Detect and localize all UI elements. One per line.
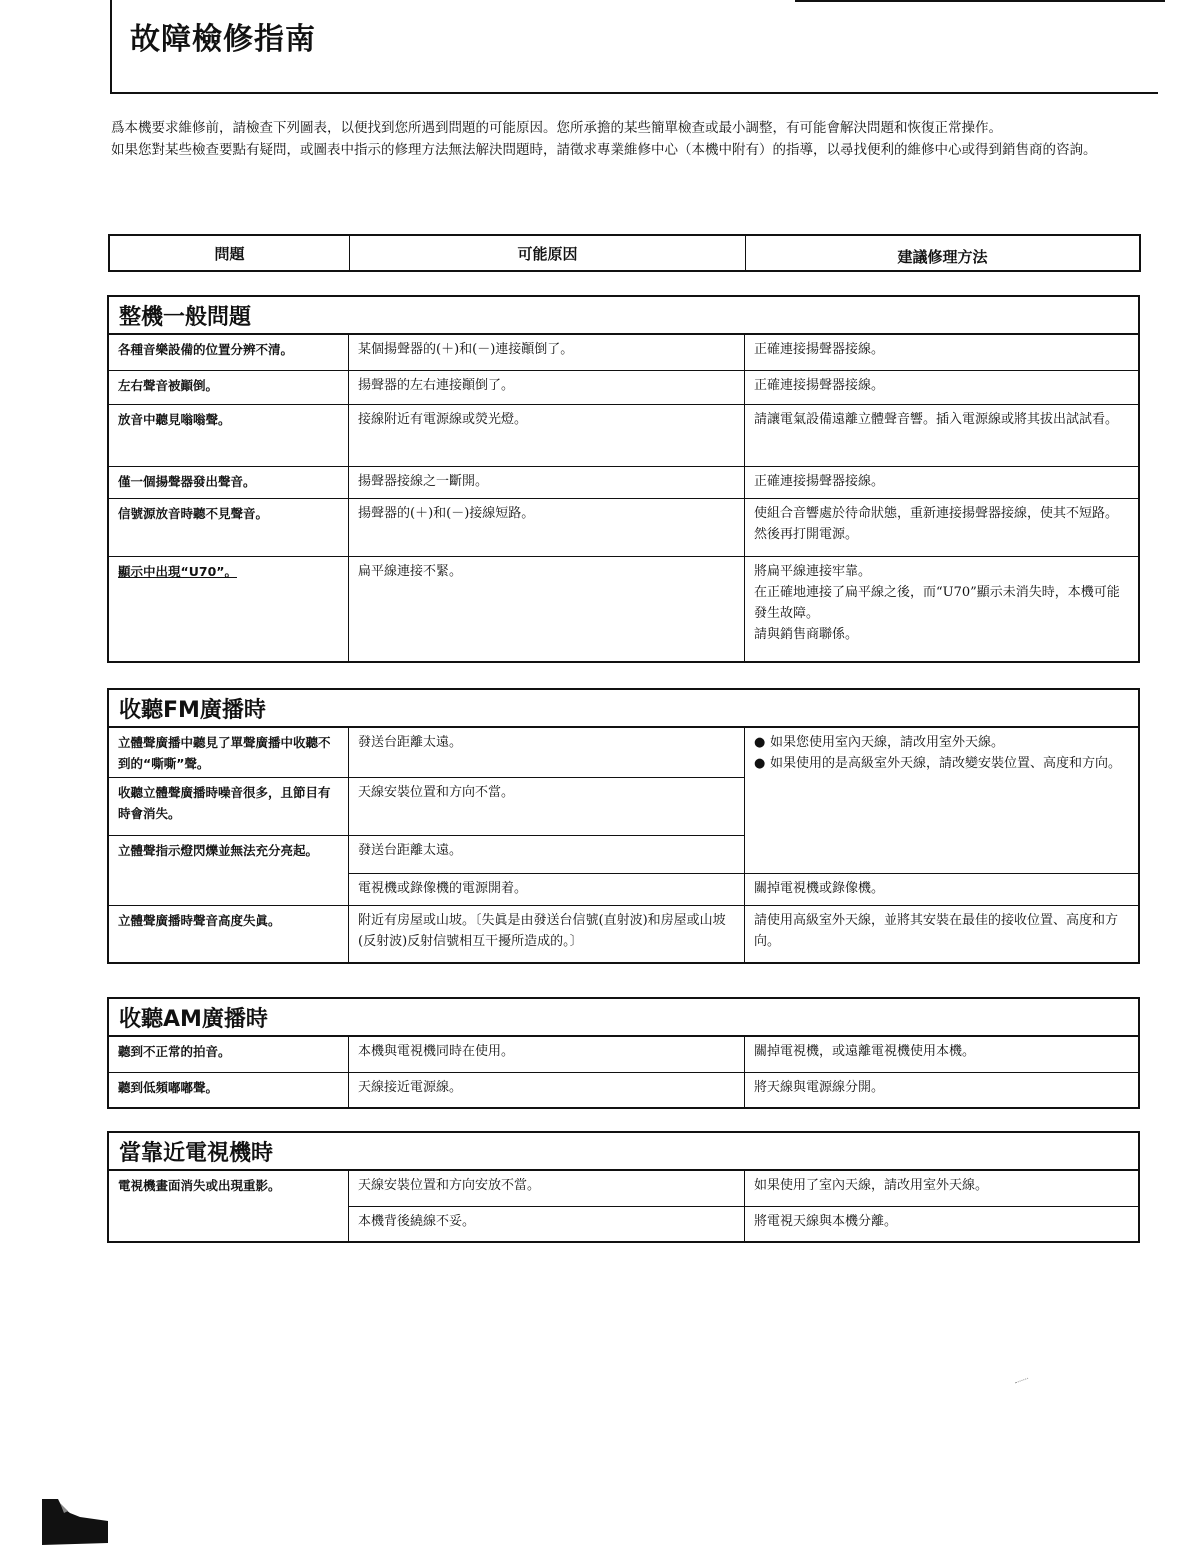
- fix-bullet-text: 如果您使用室內天線，請改用室外天線。: [770, 732, 1004, 753]
- problem-cell: 立體聲廣播時聲音高度失眞。: [109, 906, 349, 962]
- fix-cell: 如果使用了室內天線，請改用室外天線。: [745, 1171, 1138, 1207]
- cause-cell: 本機與電視機同時在使用。: [349, 1037, 745, 1073]
- fix-cell-shared: ● 如果您使用室內天線，請改用室外天線。 ● 如果使用的是高級室外天線，請改變安…: [745, 728, 1138, 874]
- section-title: 當靠近電視機時: [109, 1133, 1138, 1171]
- fix-cell: 將電視天線與本機分離。: [745, 1207, 1138, 1241]
- cause-cell: 天線安裝位置和方向不當。: [349, 778, 745, 836]
- problem-cell: 僅一個揚聲器發出聲音。: [109, 467, 349, 499]
- cause-cell: 發送台距離太遠。: [349, 836, 745, 874]
- fix-cell: 正確連接揚聲器接線。: [745, 335, 1138, 371]
- table-header: 問題 可能原因 建議修理方法: [108, 234, 1141, 272]
- section-title: 整機一般問題: [109, 297, 1138, 335]
- scan-speck: [1015, 1378, 1030, 1387]
- problem-cell: 立體聲指示燈閃爍並無法充分亮起。: [109, 836, 349, 906]
- page-corner-mark-icon: [40, 1497, 110, 1547]
- fix-bullet: ● 如果使用的是高級室外天線，請改變安裝位置、高度和方向。: [754, 753, 1129, 774]
- problem-cell: 信號源放音時聽不見聲音。: [109, 499, 349, 557]
- fix-cell: 請使用高級室外天線，並將其安裝在最佳的接收位置、高度和方向。: [745, 906, 1138, 962]
- cause-cell: 揚聲器的左右連接顚倒了。: [349, 371, 745, 405]
- fix-cell: 正確連接揚聲器接線。: [745, 371, 1138, 405]
- problem-cell: 各種音樂設備的位置分辨不清。: [109, 335, 349, 371]
- header-cause: 可能原因: [350, 236, 746, 270]
- intro-paragraph-2: 如果您對某些檢查要點有疑問，或圖表中指示的修理方法無法解決問題時，請徵求專業維修…: [111, 139, 1146, 161]
- intro-text: 爲本機要求維修前，請檢查下列圖表，以便找到您所遇到問題的可能原因。您所承擔的某些…: [111, 117, 1146, 161]
- problem-cell: 電視機畫面消失或出現重影。: [109, 1171, 349, 1241]
- problem-cell: 左右聲音被顚倒。: [109, 371, 349, 405]
- problem-cell: 收聽立體聲廣播時噪音很多，且節目有時會消失。: [109, 778, 349, 836]
- section-title: 收聽FM廣播時: [109, 690, 1138, 728]
- cause-cell: 接線附近有電源線或熒光燈。: [349, 405, 745, 467]
- problem-text: 顯示中出現“U70”。: [118, 564, 237, 579]
- section-title: 收聽AM廣播時: [109, 999, 1138, 1037]
- fix-cell: 將扁平線連接牢靠。 在正確地連接了扁平線之後，而“U70”顯示未消失時，本機可能…: [745, 557, 1138, 661]
- cause-cell: 揚聲器的(＋)和(－)接線短路。: [349, 499, 745, 557]
- cause-cell: 電視機或錄像機的電源開着。: [349, 874, 745, 906]
- intro-paragraph-1: 爲本機要求維修前，請檢查下列圖表，以便找到您所遇到問題的可能原因。您所承擔的某些…: [111, 117, 1146, 139]
- fix-cell: 請讓電氣設備遠離立體聲音響。插入電源線或將其拔出試試看。: [745, 405, 1138, 467]
- problem-cell: 放音中聽見嗡嗡聲。: [109, 405, 349, 467]
- cause-cell: 天線安裝位置和方向安放不當。: [349, 1171, 745, 1207]
- problem-cell: 顯示中出現“U70”。: [109, 557, 349, 661]
- fix-cell: 正確連接揚聲器接線。: [745, 467, 1138, 499]
- cause-cell: 發送台距離太遠。: [349, 728, 745, 778]
- problem-cell: 聽到不正常的拍音。: [109, 1037, 349, 1073]
- bullet-icon: ●: [754, 753, 770, 774]
- fix-bullet: ● 如果您使用室內天線，請改用室外天線。: [754, 732, 1129, 753]
- header-problem: 問題: [110, 236, 350, 270]
- bullet-icon: ●: [754, 732, 770, 753]
- header-fix: 建議修理方法: [746, 236, 1139, 270]
- fix-cell: 關掉電視機，或遠離電視機使用本機。: [745, 1037, 1138, 1073]
- section-am: 收聽AM廣播時 聽到不正常的拍音。 本機與電視機同時在使用。 關掉電視機，或遠離…: [107, 997, 1140, 1109]
- fix-line: 在正確地連接了扁平線之後，而“U70”顯示未消失時，本機可能發生故障。: [754, 582, 1129, 624]
- cause-cell: 天線接近電源線。: [349, 1073, 745, 1107]
- fix-cell: 使組合音響處於待命狀態，重新連接揚聲器接線，使其不短路。然後再打開電源。: [745, 499, 1138, 557]
- section-fm: 收聽FM廣播時 立體聲廣播中聽見了單聲廣播中收聽不到的“嘶嘶”聲。 發送台距離太…: [107, 688, 1140, 964]
- title-box: 故障檢修指南: [110, 0, 1158, 94]
- problem-cell: 聽到低頻嘟嘟聲。: [109, 1073, 349, 1107]
- page-title: 故障檢修指南: [130, 14, 316, 58]
- cause-cell: 附近有房屋或山坡。〔失眞是由發送台信號(直射波)和房屋或山坡(反射波)反射信號相…: [349, 906, 745, 962]
- fix-cell: 將天線與電源線分開。: [745, 1073, 1138, 1107]
- cause-cell: 本機背後繞線不妥。: [349, 1207, 745, 1241]
- section-tv: 當靠近電視機時 電視機畫面消失或出現重影。 天線安裝位置和方向安放不當。 如果使…: [107, 1131, 1140, 1243]
- fix-cell: 關掉電視機或錄像機。: [745, 874, 1138, 906]
- section-general: 整機一般問題 各種音樂設備的位置分辨不清。 某個揚聲器的(＋)和(－)連接顚倒了…: [107, 295, 1140, 663]
- fix-line: 請與銷售商聯係。: [754, 624, 1129, 645]
- fix-bullet-text: 如果使用的是高級室外天線，請改變安裝位置、高度和方向。: [770, 753, 1121, 774]
- problem-cell: 立體聲廣播中聽見了單聲廣播中收聽不到的“嘶嘶”聲。: [109, 728, 349, 778]
- cause-cell: 扁平線連接不緊。: [349, 557, 745, 661]
- cause-cell: 某個揚聲器的(＋)和(－)連接顚倒了。: [349, 335, 745, 371]
- cause-cell: 揚聲器接線之一斷開。: [349, 467, 745, 499]
- fix-line: 將扁平線連接牢靠。: [754, 561, 1129, 582]
